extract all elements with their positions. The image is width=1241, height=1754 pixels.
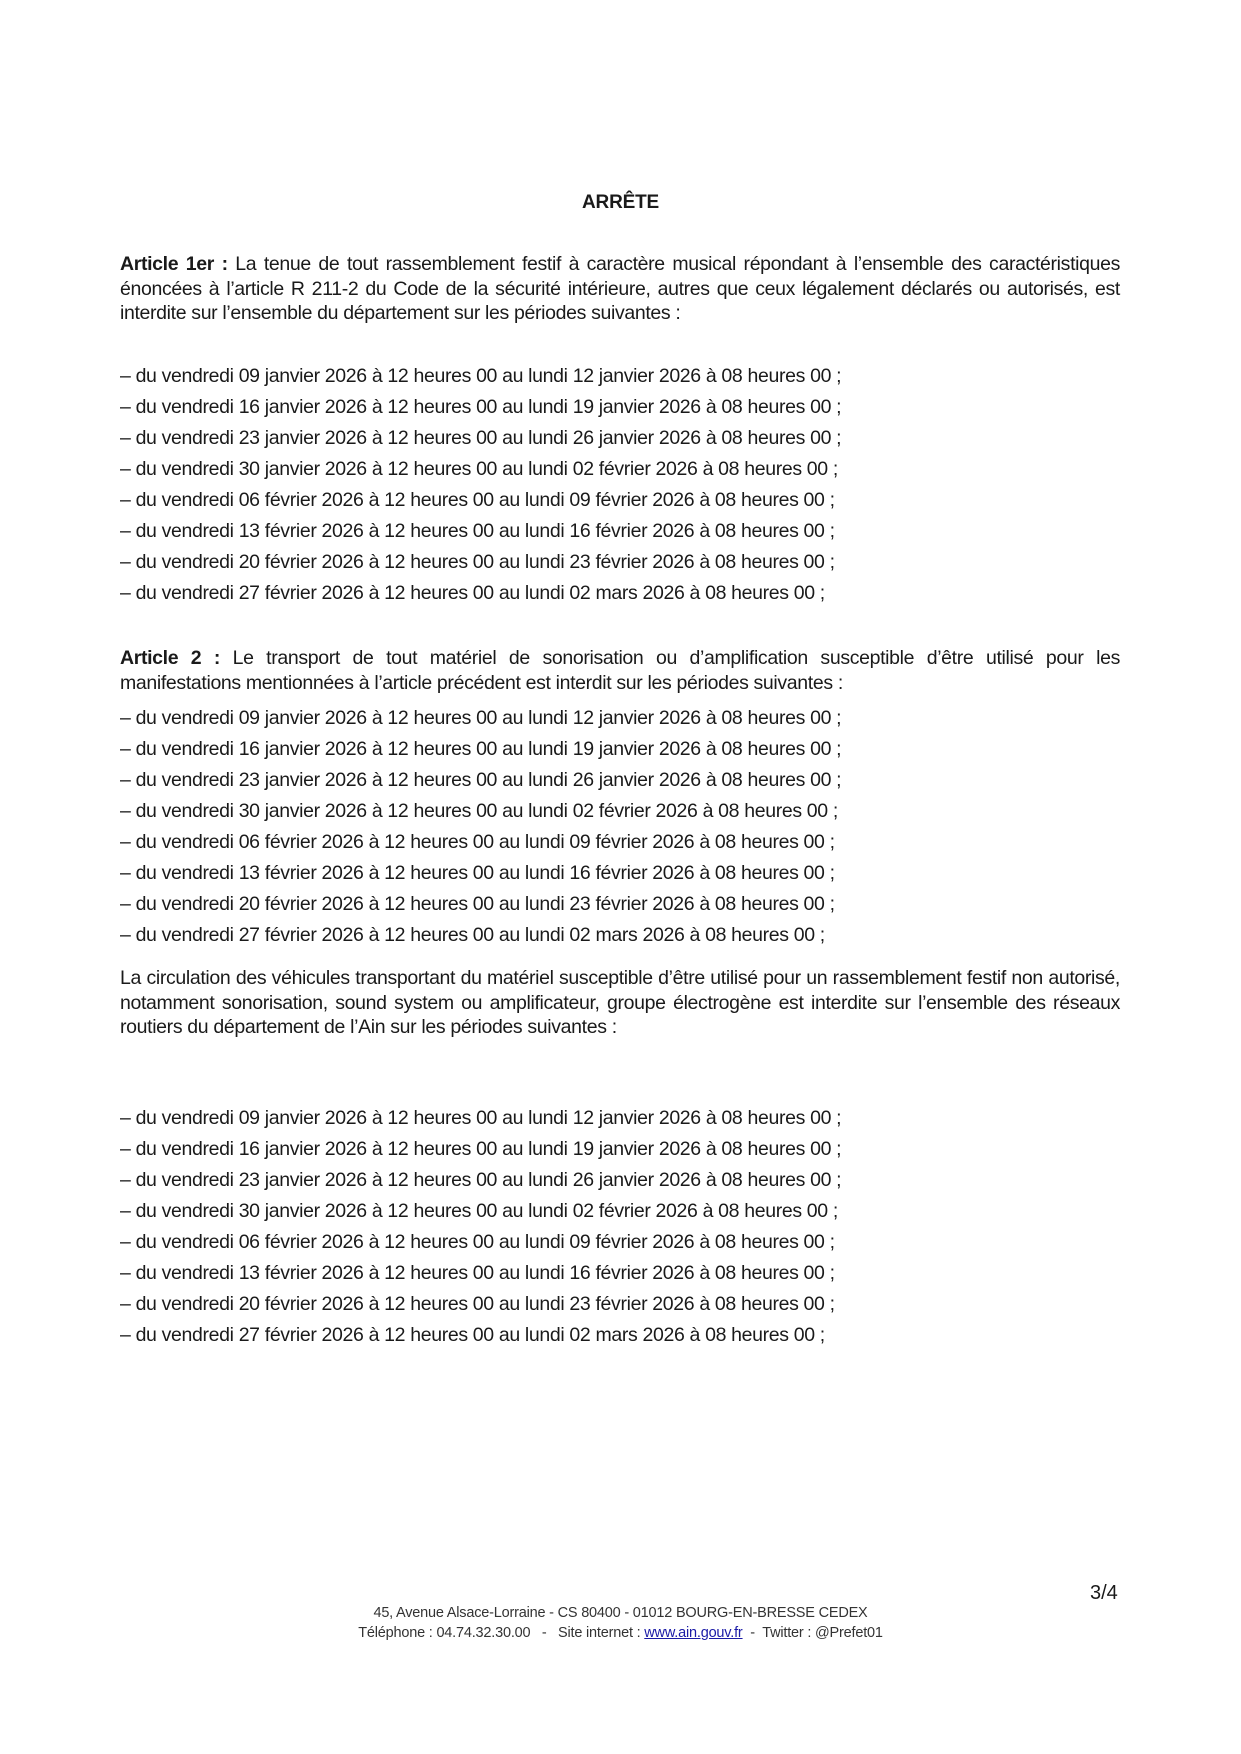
period-item: – du vendredi 30 janvier 2026 à 12 heure… [120,454,1120,485]
period-item: – du vendredi 27 février 2026 à 12 heure… [120,578,1120,609]
period-item: – du vendredi 09 janvier 2026 à 12 heure… [120,361,1120,392]
article-2-paragraph: Article 2 : Le transport de tout matérie… [120,646,1120,695]
period-item: – du vendredi 06 février 2026 à 12 heure… [120,485,1120,516]
period-item: – du vendredi 09 janvier 2026 à 12 heure… [120,703,1120,734]
footer: 45, Avenue Alsace-Lorraine - CS 80400 - … [0,1603,1241,1643]
article-2: Article 2 : Le transport de tout matérie… [120,646,1120,695]
period-item: – du vendredi 23 janvier 2026 à 12 heure… [120,1165,1120,1196]
article-2-label: Article 2 : [120,647,220,669]
footer-contact: Téléphone : 04.74.32.30.00 - Site intern… [0,1623,1241,1643]
website-link[interactable]: www.ain.gouv.fr [644,1625,742,1641]
period-item: – du vendredi 27 février 2026 à 12 heure… [120,920,1120,951]
circulation-periods: – du vendredi 09 janvier 2026 à 12 heure… [120,1103,1120,1351]
document-page: ARRÊTE Article 1er : La tenue de tout ra… [0,0,1241,1754]
period-item: – du vendredi 30 janvier 2026 à 12 heure… [120,796,1120,827]
article-1-text: La tenue de tout rassemblement festif à … [120,253,1120,324]
period-item: – du vendredi 23 janvier 2026 à 12 heure… [120,765,1120,796]
period-item: – du vendredi 13 février 2026 à 12 heure… [120,858,1120,889]
period-item: – du vendredi 06 février 2026 à 12 heure… [120,1227,1120,1258]
period-item: – du vendredi 23 janvier 2026 à 12 heure… [120,423,1120,454]
footer-address: 45, Avenue Alsace-Lorraine - CS 80400 - … [0,1603,1241,1623]
period-item: – du vendredi 06 février 2026 à 12 heure… [120,827,1120,858]
period-item: – du vendredi 09 janvier 2026 à 12 heure… [120,1103,1120,1134]
circulation-section: La circulation des véhicules transportan… [120,966,1120,1040]
period-item: – du vendredi 16 janvier 2026 à 12 heure… [120,1134,1120,1165]
period-item: – du vendredi 16 janvier 2026 à 12 heure… [120,392,1120,423]
page-title: ARRÊTE [0,192,1241,214]
article-1-label: Article 1er : [120,253,228,275]
period-item: – du vendredi 20 février 2026 à 12 heure… [120,1289,1120,1320]
period-item: – du vendredi 13 février 2026 à 12 heure… [120,516,1120,547]
period-item: – du vendredi 20 février 2026 à 12 heure… [120,547,1120,578]
footer-twitter: - Twitter : @Prefet01 [743,1625,883,1641]
article-1: Article 1er : La tenue de tout rassemble… [120,252,1120,326]
article-1-paragraph: Article 1er : La tenue de tout rassemble… [120,252,1120,326]
footer-phone: Téléphone : 04.74.32.30.00 - Site intern… [358,1625,644,1641]
page-number: 3/4 [1090,1582,1118,1605]
article-2-text: Le transport de tout matériel de sonoris… [120,647,1120,694]
period-item: – du vendredi 16 janvier 2026 à 12 heure… [120,734,1120,765]
circulation-paragraph: La circulation des véhicules transportan… [120,966,1120,1040]
period-item: – du vendredi 20 février 2026 à 12 heure… [120,889,1120,920]
period-item: – du vendredi 27 février 2026 à 12 heure… [120,1320,1120,1351]
period-item: – du vendredi 13 février 2026 à 12 heure… [120,1258,1120,1289]
period-item: – du vendredi 30 janvier 2026 à 12 heure… [120,1196,1120,1227]
article-1-periods: – du vendredi 09 janvier 2026 à 12 heure… [120,361,1120,609]
article-2-periods: – du vendredi 09 janvier 2026 à 12 heure… [120,703,1120,951]
